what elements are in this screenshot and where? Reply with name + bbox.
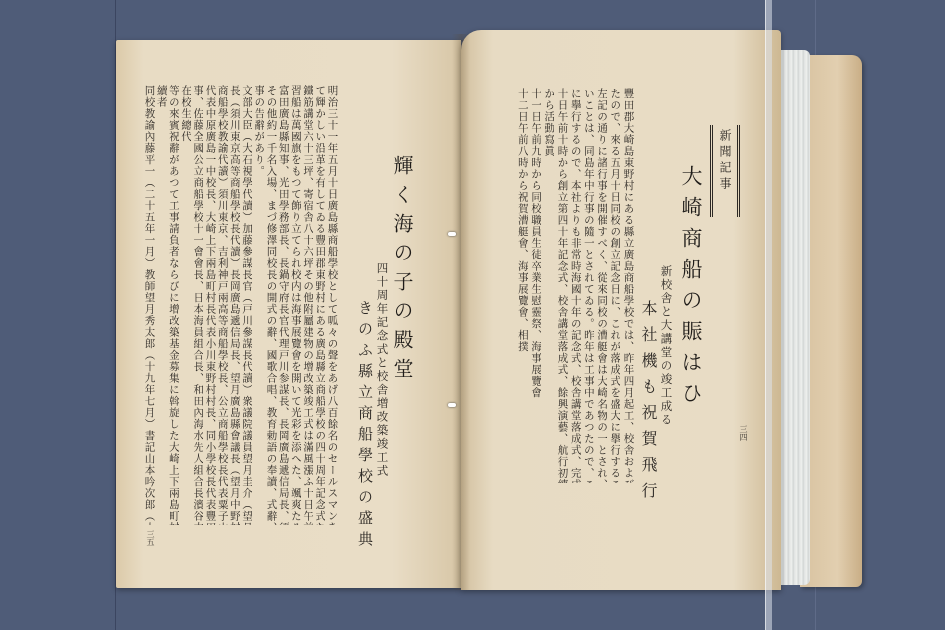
label-text: 新聞記事: [719, 129, 731, 193]
text-column: て輝かしい沿革を有してゐる豐田郡東野村にある廣島縣立商船學校の四十周年記念式なら…: [315, 85, 326, 525]
right-article-subtitle2: 本社機も祝賀飛行: [640, 300, 656, 508]
left-article-subtitle: 四十周年記念式と校舎増改築竣工式: [376, 262, 388, 478]
text-column: 豐田郡大崎島東野村にある縣立廣島商船學校では、昨年四月起工、校舎および講堂新築中…: [623, 88, 634, 483]
text-column: 在校生總代: [181, 85, 192, 143]
text-column: その他約一千名入場、まづ修澤同校長の開式の辭、國歌合唱、教育勅語の奉讀、式辭、中…: [266, 85, 277, 525]
text-column: 十二日午前八時から祝賀漕艇會、海事展覽會、相撲: [517, 88, 528, 353]
text-column: 富田廣島縣知事、光田學務部長、長鍋守府長官代理戸川参謀長、長岡廣島遞信局長、須川…: [278, 85, 289, 525]
text-column: 長（須川東京高等商船學校長代讀）長岡廣島遞信局長、望月廣島縣會議長（望月中野村村…: [229, 85, 240, 525]
book-gutter: [452, 34, 470, 590]
text-column: たので、來る五月十日同校の創立記念日に、これが落成式を盛大に擧行することになつた…: [610, 88, 621, 483]
text-column: 鐵筋講堂六十三坪、寄宿舎八十六坪その他附屬建物の增改築竣工式は滿風漲ふ十日午前十…: [303, 85, 314, 525]
binding-staple: [448, 403, 456, 407]
text-column: 十一日午前九時から同校職員生徒卒業生慰靈祭、海事展覽會: [531, 88, 542, 399]
text-column: 明治三十一年五月十日廣島縣商船學校として呱々の聲をあげ八百餘名のセールスマンを送…: [327, 85, 338, 525]
text-column: から活動寫眞: [544, 88, 555, 157]
text-column: 十日午前十時から創立第四十年記念式、校舎講堂落成式、餘興演藝、航行初練ならびに機…: [557, 88, 568, 483]
left-article-title: 輝く海の子の殿堂: [392, 155, 412, 387]
newspaper-article-label: 新聞記事: [710, 125, 740, 217]
acrylic-page-holder: [765, 0, 772, 630]
text-column: 等の來賓祝辭があつて工事請負者ならびに增改築基金募集に斡旋した大崎上下兩島町村長…: [168, 85, 179, 525]
text-column: 左記の通りに諸行事を開催すべく、從來同校の漕艇會は大崎名物の一とされ、地元ではお…: [597, 88, 608, 483]
text-column: 事、佐藤全國公立商船學校十一會會長、日本海員組合長、和田內海水先人組合長濱谷本校…: [193, 85, 204, 525]
left-page-number: 三五: [146, 530, 154, 546]
text-column: いことは、同島年中行事の隨一とされてゐる。昨年は工事中であつたので、この漕艇會も…: [583, 88, 594, 483]
text-column: に擧行するので、本社よりも非常時海國十年の記念式、校舎講堂落成式、完成の祝意を表…: [570, 88, 581, 483]
text-column: 同校教諭內藤平一（二十五年一月）教師望月秀太郎（十九年七月）書記山本吟次郎（十八…: [144, 85, 155, 525]
right-page-number: 三四: [739, 425, 747, 441]
left-article-subtitle2: きのふ縣立商船學校の盛典: [357, 300, 372, 552]
right-article-subtitle: 新校舎と大講堂の竣工成る: [660, 265, 672, 427]
text-column: 習船は萬國旗をもつて飾り立てられ校内は海事展覽會を開いて光彩を添へた、颯爽たるラ…: [290, 85, 301, 525]
text-column: 事の告辭があり。: [254, 85, 265, 177]
binding-staple: [448, 232, 456, 236]
text-column: 商船學校教諭代讀）須川東京、吉利神戸兩高等商船學校長、公立商船學校長代表粟子山口…: [217, 85, 228, 525]
right-article-title: 大崎商船の賑はひ: [680, 165, 701, 413]
text-column: 代表中原廣島一中校長、大崎上下兩島町村長代表小川東野村村長、同小學校長代表豐田中…: [205, 85, 216, 525]
text-column: 文部大臣（大石視學代讀）加藤參謀長官（戸川參謀長代讀）衆議院議員望月圭介（望月木…: [242, 85, 253, 525]
text-column: 續者: [156, 85, 167, 108]
right-page: [461, 30, 781, 590]
